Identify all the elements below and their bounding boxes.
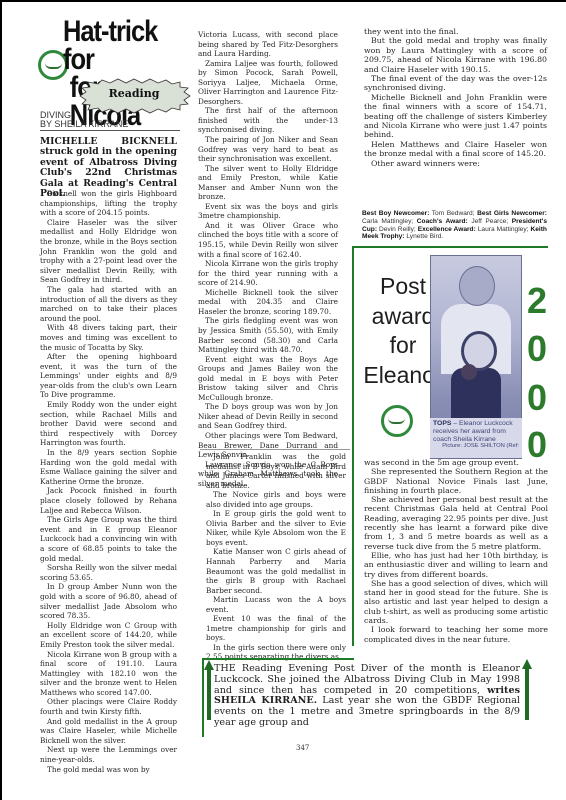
paragraph: Nicola Kirrane won the girls trophy for … [198,259,338,288]
photo-trophy [461,364,477,380]
paragraph: The final event of the day was the over-… [364,74,547,93]
paragraph: Claire Haseler was the silver medallist … [40,218,177,285]
paragraph: She achieved her personal best result at… [364,495,548,551]
award-value: Lynette Bird. [406,233,443,240]
feature-body: was second in the 5m age group event. Sh… [364,458,548,644]
award-value: Tom Bedward; [432,210,475,217]
award-label: Best Boy Newcomer: [362,210,429,217]
paragraph: Event 10 was the final of the 1metre cha… [206,614,346,643]
paragraph: In E group girls the gold went to Olivia… [206,509,346,547]
photo-caption: TOPS – Eleanor Luckcock receives her awa… [430,418,522,458]
arrow-up-icon [207,668,211,720]
paragraph: The girls fledgling event was won by Jes… [198,316,338,354]
paragraph: Event six was the boys and girls 3metre … [198,202,338,221]
paragraph: The Novice girls and boys were also divi… [206,490,346,509]
paragraph: Ellie, who has just had her 10th birthda… [364,551,548,579]
photo-credit: Picture: JOSE SHILTON (Ref: [433,443,519,451]
paragraph: Event eight was the Boys Age Groups and … [198,355,338,403]
headline-line-1: Hat-trick for [63,18,174,74]
article-column-2-lower: John Franklin was the gold medallist in … [206,452,346,662]
year-digit: 0 [522,380,552,416]
paragraph: The gold medal was won by [40,765,177,775]
paragraph: The silver went to Holly Eldridge and Em… [198,164,338,202]
paragraph: Holly Eldridge won C Group with an excel… [40,621,177,650]
paragraph: The D boys group was won by Jon Niker ah… [198,402,338,431]
award-value: Carla Mattingley; [362,218,413,225]
award-value: Devin Reilly; [379,226,416,233]
paragraph: With 48 divers taking part, their moves … [40,323,177,352]
page-number: 347 [296,744,309,752]
paragraph: And it was Oliver Grace who clinched the… [198,221,338,259]
paragraph: In the 8/9 years section Sophie Harding … [40,448,177,486]
paragraph: She has a good selection of dives, which… [364,579,548,625]
feature-intro-text: THE Reading Evening Post Diver of the mo… [214,663,520,696]
location-badge: Reading [76,78,192,114]
arrow-up-icon [525,667,529,720]
paragraph: The gala had started with an introductio… [40,285,177,323]
paragraph: And gold medallist in the A group was Cl… [40,717,177,746]
paragraph: Emily Roddy won the under eight section,… [40,400,177,448]
paragraph: Next up were the Lemmings over nine-year… [40,745,177,764]
paragraph: Other award winners were: [364,159,547,168]
award-winners-list: Best Boy Newcomer: Tom Bedward; Best Gir… [362,210,547,241]
paragraph: Sorsha Reilly won the silver medal scori… [40,563,177,582]
feature-frame-left [352,246,354,646]
article-column-1: Bicknell won the girls Highboard champio… [40,189,177,774]
paragraph: In D group Amber Nunn won the gold with … [40,582,177,620]
award-label: Excellence Award: [418,226,476,233]
paragraph: Zamira Laljee was fourth, followed by Si… [198,59,338,107]
photo-coach-head [459,266,495,306]
year-digit: 2 [522,283,552,319]
byline-author: BY SHEILA KIRRANE [40,120,180,129]
paragraph: The pairing of Jon Niker and Sean Godfre… [198,135,338,164]
paragraph: Victoria Lucass, with second place being… [198,30,338,59]
paragraph: Other placings were Claire Roddy fourth … [40,697,177,716]
paragraph: Nicola Kirrane won B group with a final … [40,650,177,698]
paragraph: Jack Pocock finished in fourth place clo… [40,486,177,515]
paragraph: I look forward to teaching her some more… [364,625,548,644]
club-logo-icon [381,405,413,437]
feature-frame-left-lower [202,659,204,737]
paragraph: The Girls Age Group was the third event … [40,515,177,563]
paragraph: She represented the Southern Region at t… [364,467,548,495]
feature-frame-bottom [202,658,354,660]
paragraph: John Franklin was the gold medallist in … [206,452,346,490]
award-value: Laura Mattingley; [478,226,529,233]
paragraph: Martin Lucass won the A boys event. [206,595,346,614]
award-value: Jeff Pearce; [471,218,508,225]
paragraph: The first half of the afternoon finished… [198,106,338,135]
article-column-3: they went into the final. But the gold m… [364,27,547,168]
paragraph: Helen Matthews and Claire Haseler won th… [364,140,547,159]
byline: DIVING BY SHEILA KIRRANE [40,111,180,131]
location-badge-label: Reading [76,87,192,100]
feature-intro: THE Reading Evening Post Diver of the mo… [214,664,520,729]
article-column-2: Victoria Lucass, with second place being… [198,30,338,488]
feature-frame-top [352,246,548,248]
photo-caption-bold: TOPS [433,420,451,427]
paragraph: After the opening highboard event, it wa… [40,352,177,400]
year-digit: 0 [522,331,552,367]
award-label: Best Girls Newcomer: [477,210,547,217]
paragraph: Bicknell won the girls Highboard champio… [40,189,177,218]
paragraph: Michelle Bicknell and John Franklin were… [364,93,547,140]
column-divider [200,449,350,450]
paragraph: was second in the 5m age group event. [364,458,548,467]
paragraph: Katie Manser won C girls ahead of Hannah… [206,547,346,595]
paragraph: But the gold medal and trophy was finall… [364,36,547,74]
paragraph: Michelle Bicknell took the silver medal … [198,288,338,317]
paragraph: they went into the final. [364,27,547,36]
award-label: Coach's Award: [417,218,468,225]
